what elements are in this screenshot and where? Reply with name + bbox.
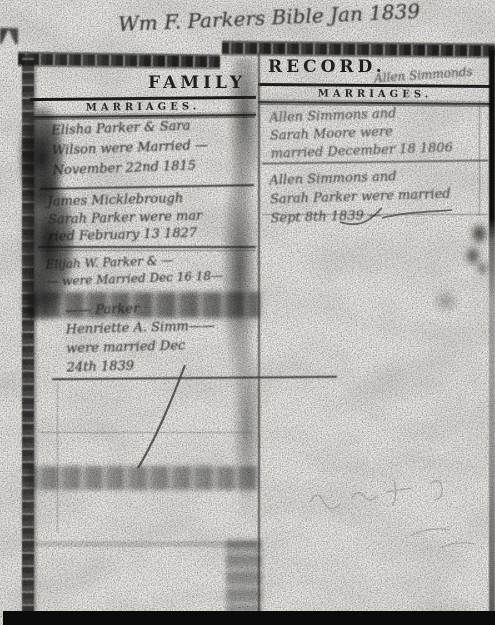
- right-marriages-header: MARRIAGES.: [258, 83, 492, 105]
- marriage-entry: Allen Simmons and Sarah Moore were marri…: [269, 102, 486, 164]
- faint-table-line: [28, 541, 256, 547]
- chain-border-top-left: [18, 54, 220, 68]
- right-page-title: RECORD.: [268, 57, 386, 77]
- page-edge-right: [489, 50, 495, 612]
- scanned-bible-record-page: Wm F. Parkers Bible Jan 1839 FAMILY RECO…: [0, 0, 495, 625]
- bottom-smudge-column: [226, 540, 262, 612]
- ink-blob-left: [12, 104, 78, 319]
- faint-table-line: [57, 382, 58, 532]
- faint-table-line: [40, 432, 252, 433]
- top-inscription: Wm F. Parkers Bible Jan 1839: [118, 0, 489, 36]
- gray-smudge: [424, 280, 468, 322]
- ink-smudge-band: [28, 466, 258, 490]
- chain-border-top-right: [222, 43, 495, 57]
- ink-blob-right: [460, 220, 492, 275]
- owner-annotation: Allen Simmonds: [374, 65, 473, 86]
- corner-mark: [0, 28, 18, 44]
- entry-divider: [262, 214, 488, 215]
- entry-frame-line: [479, 100, 480, 216]
- marriage-entry: Allen Simmons and Sarah Parker were marr…: [269, 166, 486, 229]
- left-marriages-label: MARRIAGES.: [86, 101, 201, 113]
- right-marriages-label: MARRIAGES.: [318, 89, 432, 101]
- faint-illegible-marks: [290, 440, 495, 570]
- ink-smudge-band: [28, 292, 260, 318]
- page-edge-bottom: [3, 611, 495, 625]
